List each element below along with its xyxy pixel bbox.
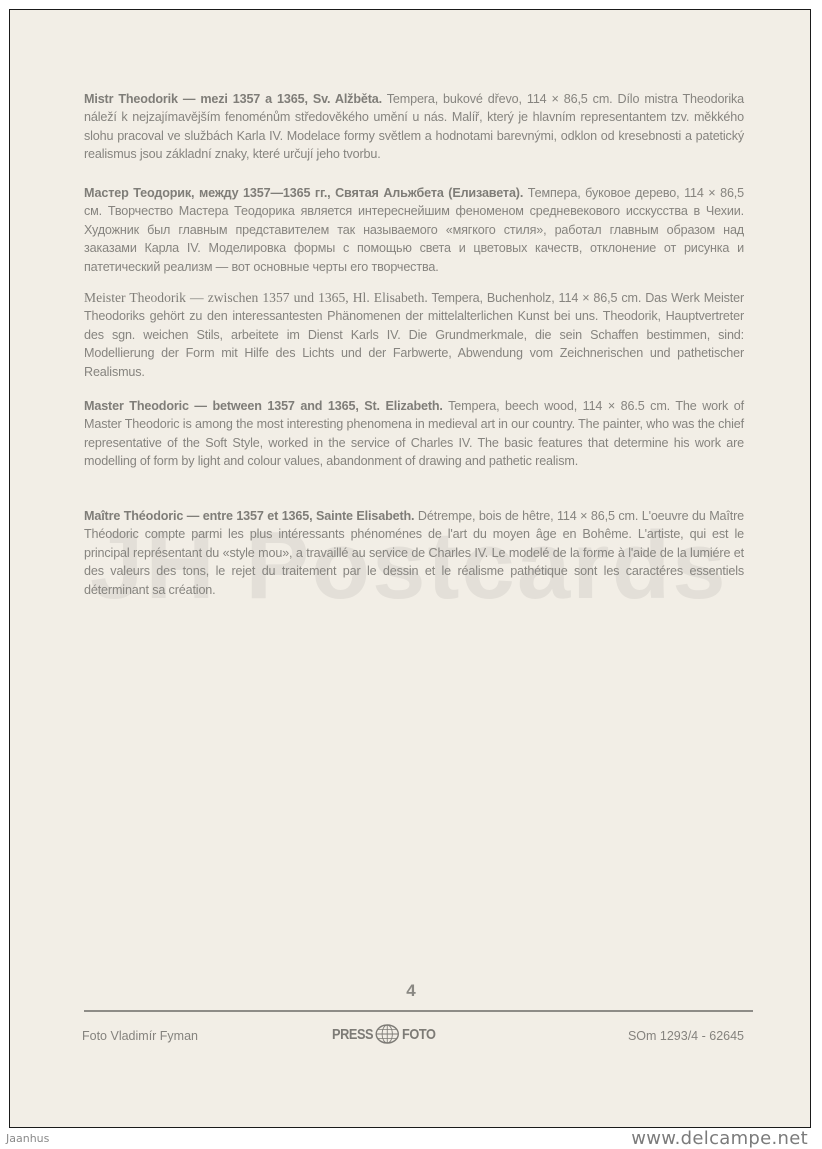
heading-german: Meister Theodorik — zwischen 1357 und 13…: [84, 290, 428, 305]
footer-divider: [84, 1010, 753, 1012]
site-url[interactable]: www.delcampe.net: [631, 1128, 808, 1149]
description-czech: Mistr Theodorik — mezi 1357 a 1365, Sv. …: [84, 90, 744, 164]
catalog-number: SOm 1293/4 - 62645: [628, 1029, 744, 1043]
publisher-logo: PRESS FOTO: [332, 1023, 435, 1045]
heading-czech: Mistr Theodorik — mezi 1357 a 1365, Sv. …: [84, 92, 382, 106]
publisher-logo-right: FOTO: [402, 1026, 435, 1043]
heading-french: Maître Théodoric — entre 1357 et 1365, S…: [84, 509, 414, 523]
description-german: Meister Theodorik — zwischen 1357 und 13…: [84, 289, 744, 381]
heading-russian: Мастер Теодорик, между 1357—1365 гг., Св…: [84, 186, 523, 200]
seller-name: Jaanhus: [6, 1132, 49, 1145]
globe-icon: [375, 1024, 401, 1044]
postcard-back: JH Postcards Mistr Theodorik — mezi 1357…: [9, 9, 811, 1128]
description-russian: Мастер Теодорик, между 1357—1365 гг., Св…: [84, 184, 744, 276]
heading-english: Master Theodoric — between 1357 and 1365…: [84, 399, 443, 413]
page-number: 4: [10, 981, 811, 1001]
description-english: Master Theodoric — between 1357 and 1365…: [84, 397, 744, 471]
photo-credit: Foto Vladimír Fyman: [82, 1029, 198, 1043]
publisher-logo-left: PRESS: [332, 1026, 373, 1043]
description-french: Maître Théodoric — entre 1357 et 1365, S…: [84, 507, 744, 599]
